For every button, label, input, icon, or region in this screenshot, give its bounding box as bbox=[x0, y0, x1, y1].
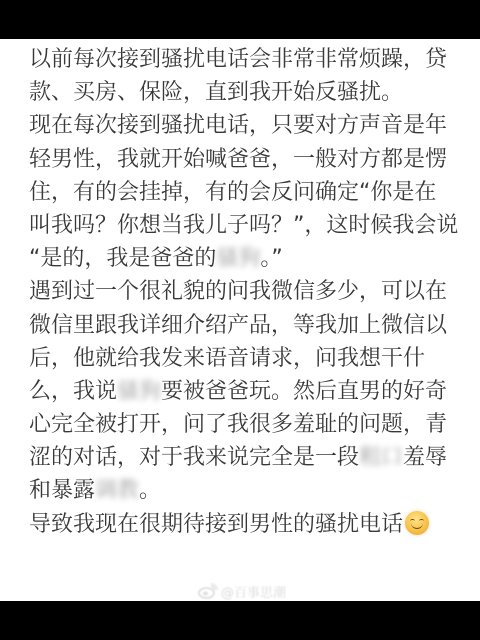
post-text: 以前每次接到骚扰电话会非常非常烦躁，贷 款、买房、保险，直到我开始反骚扰。 现在… bbox=[29, 43, 474, 541]
watermark-handle: @百事思潮 bbox=[221, 582, 286, 601]
text-segment: “是的，我是爸爸的 bbox=[29, 246, 216, 271]
text-segment: 和暴露 bbox=[29, 478, 95, 503]
text-line: 和暴露调教。 bbox=[29, 474, 474, 507]
screenshot-frame: 以前每次接到骚扰电话会非常非常烦躁，贷 款、买房、保险，直到我开始反骚扰。 现在… bbox=[0, 0, 480, 640]
text-segment: 导致我现在很期待接到男性的骚扰电话 bbox=[29, 512, 403, 537]
text-line: 住，有的会挂掉，有的会反问确定“你是在 bbox=[29, 176, 474, 209]
text-line: 遇到过一个很礼貌的问我微信多少，可以在 bbox=[29, 275, 474, 308]
censored-blur: 粗口 bbox=[359, 441, 403, 474]
text-line: 后，他就给我发来语音请求，问我想干什 bbox=[29, 342, 474, 375]
text-line: 心完全被打开，问了我很多羞耻的问题，青 bbox=[29, 408, 474, 441]
text-segment: 要被爸爸玩。然后直男的好奇 bbox=[161, 379, 447, 404]
text-line: 导致我现在很期待接到男性的骚扰电话 bbox=[29, 508, 474, 541]
weibo-logo-icon bbox=[198, 583, 218, 599]
text-line: 款、买房、保险，直到我开始反骚扰。 bbox=[29, 76, 474, 109]
text-line: 涩的对话，对于我来说完全是一段粗口羞辱 bbox=[29, 441, 474, 474]
text-line: “是的，我是爸爸的骚狗。” bbox=[29, 242, 474, 275]
text-segment: 羞辱 bbox=[403, 445, 447, 470]
text-line: 叫我吗？你想当我儿子吗？”，这时候我会说 bbox=[29, 209, 474, 242]
text-line: 现在每次接到骚扰电话，只要对方声音是年 bbox=[29, 109, 474, 142]
letterbox-bottom-bar bbox=[0, 601, 480, 640]
text-line: 轻男性，我就开始喊爸爸，一般对方都是愣 bbox=[29, 143, 474, 176]
text-segment: 涩的对话，对于我来说完全是一段 bbox=[29, 445, 359, 470]
letterbox-top-bar bbox=[0, 0, 480, 39]
text-line: 么，我说骚狗要被爸爸玩。然后直男的好奇 bbox=[29, 375, 474, 408]
censored-blur: 骚狗 bbox=[117, 375, 161, 408]
censored-blur: 骚狗 bbox=[216, 242, 260, 275]
text-segment: 么，我说 bbox=[29, 379, 117, 404]
text-line: 以前每次接到骚扰电话会非常非常烦躁，贷 bbox=[29, 43, 474, 76]
watermark: @百事思潮 bbox=[198, 582, 286, 600]
smiling-face-emoji-icon bbox=[405, 511, 429, 535]
text-segment: 。 bbox=[139, 478, 161, 503]
text-line: 微信里跟我详细介绍产品，等我加上微信以 bbox=[29, 309, 474, 342]
censored-blur: 调教 bbox=[95, 474, 139, 507]
emoji-mouth bbox=[411, 522, 423, 529]
text-segment: 。” bbox=[260, 246, 282, 271]
post-content-area: 以前每次接到骚扰电话会非常非常烦躁，贷 款、买房、保险，直到我开始反骚扰。 现在… bbox=[0, 39, 480, 601]
